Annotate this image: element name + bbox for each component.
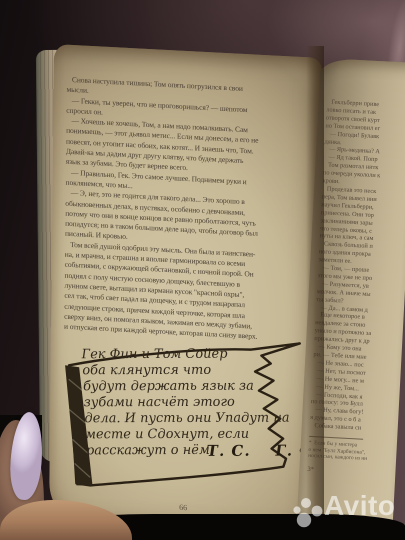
book-photo: Снова наступила тишина; Том опять погруз… <box>0 0 405 540</box>
left-page-text: Снова наступила тишина; Том опять погруз… <box>64 75 313 345</box>
oath-line: дела. И пусть они Упадут на <box>84 411 294 428</box>
avito-watermark-label: Avito <box>324 490 395 522</box>
oath-line: Гек Фин и Том Сойер <box>81 346 291 363</box>
avito-watermark: Avito <box>288 488 405 532</box>
avito-logo-dots-icon <box>288 492 324 530</box>
oath-line: оба клянутся что <box>82 362 292 379</box>
oath-line: зубами насчёт этого <box>83 395 293 412</box>
oath-line: будут держать язык за <box>83 379 293 396</box>
oath-board-illustration: Гек Фин и Том Сойероба клянутся чтобудут… <box>54 338 312 489</box>
left-page: Снова наступила тишина; Том опять погруз… <box>49 44 322 536</box>
book-spine-gutter <box>306 46 324 524</box>
